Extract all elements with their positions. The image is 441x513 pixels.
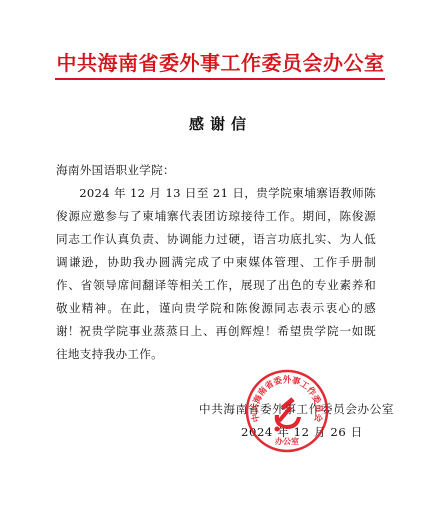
letter-title: 感谢信 (0, 113, 441, 134)
letterhead-rule (55, 78, 385, 80)
body-paragraph-1: 2024 年 12 月 13 日至 21 日，贵学院柬埔寨语教师陈俊源应邀参与了… (56, 182, 376, 343)
letterhead-organization: 中共海南省委外事工作委员会办公室 (0, 47, 441, 76)
salutation: 海南外国语职业学院： (56, 159, 376, 182)
body-paragraph-2: 祝贵学院事业蒸蒸日上、再创辉煌！希望贵学院一如既往地支持我办工作。 (56, 320, 376, 366)
signature-organization: 中共海南省委外事工作委员会办公室 (199, 401, 394, 417)
signature-date: 2024 年 12 月 26 日 (241, 424, 363, 440)
